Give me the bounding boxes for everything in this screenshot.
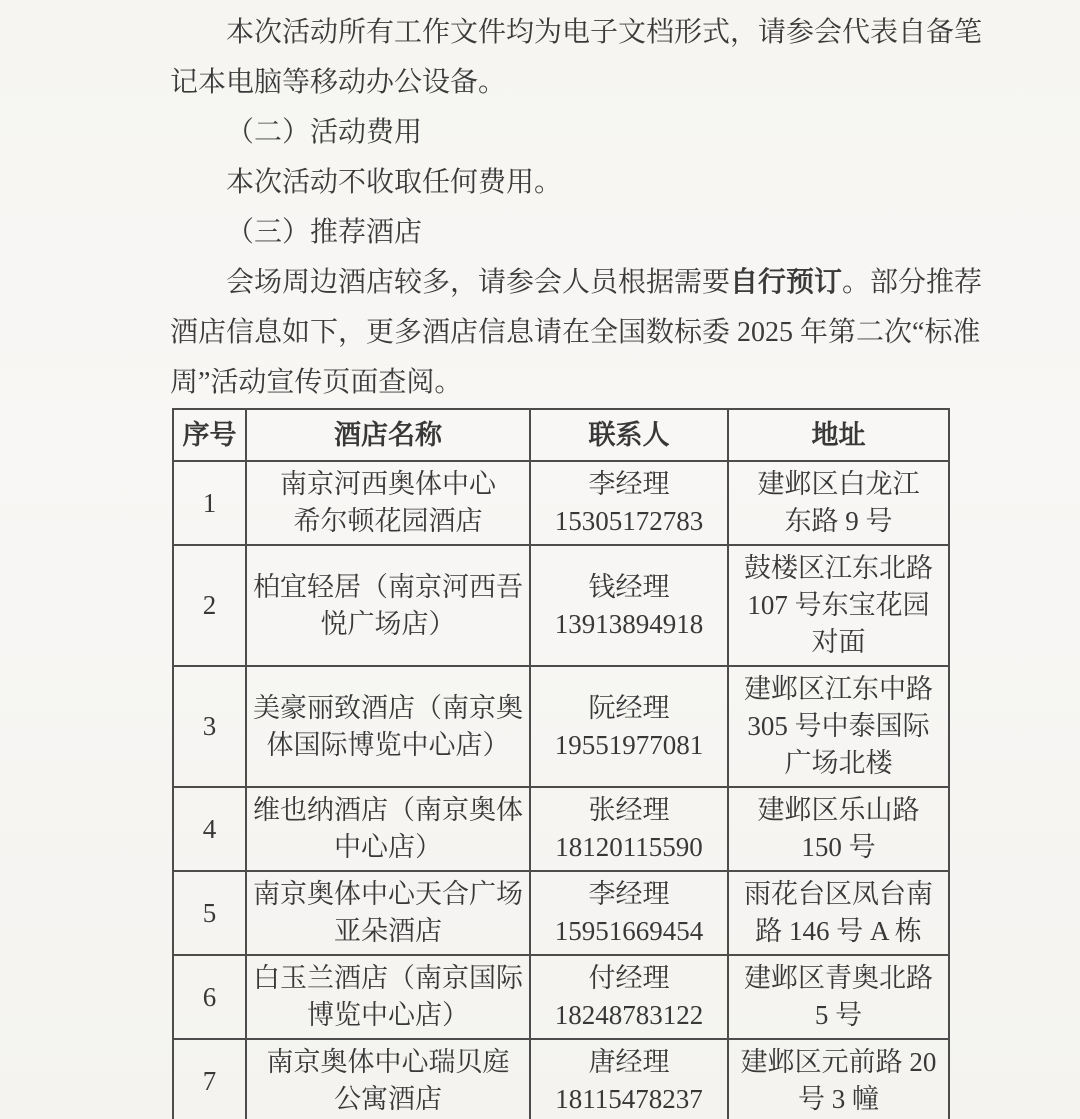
section-heading-hotels: （三）推荐酒店 (170, 208, 940, 258)
text-line: 建邺区乐山路 (733, 792, 944, 829)
text-line: 白玉兰酒店（南京国际 (251, 960, 525, 997)
document-page: 本次活动所有工作文件均为电子文档形式，请参会代表自备笔 记本电脑等移动办公设备。… (0, 0, 1080, 1119)
address-cell: 建邺区青奥北路 5 号 (728, 955, 949, 1039)
text-line: 美豪丽致酒店（南京奥 (251, 690, 525, 727)
paragraph-line: 记本电脑等移动办公设备。 (170, 58, 940, 108)
hotel-name-cell: 美豪丽致酒店（南京奥 体国际博览中心店） (246, 666, 530, 787)
contact-phone: 19551977081 (535, 727, 723, 764)
paragraph-line: 酒店信息如下，更多酒店信息请在全国数标委 2025 年第二次“标准 (170, 308, 940, 358)
row-number-cell: 2 (173, 545, 246, 666)
section-heading-fees: （二）活动费用 (170, 108, 940, 158)
hotel-name-cell: 南京奥体中心天合广场 亚朵酒店 (246, 871, 530, 955)
text-line: 维也纳酒店（南京奥体 (251, 792, 525, 829)
text-line: 南京河西奥体中心 (251, 466, 525, 503)
text-line: 鼓楼区江东北路 (733, 550, 944, 587)
contact-person: 钱经理 (535, 569, 723, 606)
row-number-cell: 5 (173, 871, 246, 955)
text-line: 5 号 (733, 997, 944, 1034)
text-line: 柏宜轻居（南京河西吾 (251, 569, 525, 606)
text-line: 路 146 号 A 栋 (733, 913, 944, 950)
text-line: 南京奥体中心天合广场 (251, 876, 525, 913)
row-number-cell: 7 (173, 1039, 246, 1119)
contact-cell: 李经理 15951669454 (530, 871, 728, 955)
hotel-name-cell: 白玉兰酒店（南京国际 博览中心店） (246, 955, 530, 1039)
contact-phone: 18120115590 (535, 829, 723, 866)
contact-cell: 钱经理 13913894918 (530, 545, 728, 666)
table-row: 3 美豪丽致酒店（南京奥 体国际博览中心店） 阮经理 19551977081 建… (173, 666, 949, 787)
row-number-cell: 4 (173, 787, 246, 871)
table-row: 7 南京奥体中心瑞贝庭 公寓酒店 唐经理 18115478237 建邺区元前路 … (173, 1039, 949, 1119)
hotel-name-cell: 维也纳酒店（南京奥体 中心店） (246, 787, 530, 871)
table-row: 1 南京河西奥体中心 希尔顿花园酒店 李经理 15305172783 建邺区白龙… (173, 461, 949, 545)
hotel-name-cell: 柏宜轻居（南京河西吾 悦广场店） (246, 545, 530, 666)
paragraph-line: 会场周边酒店较多，请参会人员根据需要自行预订。部分推荐 (170, 258, 940, 308)
contact-person: 阮经理 (535, 690, 723, 727)
text-run: 。部分推荐 (842, 267, 982, 298)
contact-phone: 18115478237 (535, 1081, 723, 1118)
contact-cell: 付经理 18248783122 (530, 955, 728, 1039)
hotel-name-cell: 南京河西奥体中心 希尔顿花园酒店 (246, 461, 530, 545)
text-line: 305 号中泰国际 (733, 708, 944, 745)
paragraph-line: 周”活动宣传页面查阅。 (170, 358, 940, 408)
contact-cell: 李经理 15305172783 (530, 461, 728, 545)
row-number-cell: 6 (173, 955, 246, 1039)
text-line: 建邺区白龙江 (733, 466, 944, 503)
address-cell: 鼓楼区江东北路 107 号东宝花园 对面 (728, 545, 949, 666)
bold-text-run: 自行预订 (730, 267, 842, 298)
address-cell: 建邺区白龙江 东路 9 号 (728, 461, 949, 545)
text-line: 对面 (733, 624, 944, 661)
paragraph-line: 本次活动不收取任何费用。 (170, 158, 940, 208)
address-cell: 雨花台区凤台南 路 146 号 A 栋 (728, 871, 949, 955)
address-cell: 建邺区乐山路 150 号 (728, 787, 949, 871)
text-line: 建邺区元前路 20 (733, 1044, 944, 1081)
contact-person: 李经理 (535, 466, 723, 503)
address-cell: 建邺区江东中路 305 号中泰国际 广场北楼 (728, 666, 949, 787)
table-row: 6 白玉兰酒店（南京国际 博览中心店） 付经理 18248783122 建邺区青… (173, 955, 949, 1039)
text-line: 亚朵酒店 (251, 913, 525, 950)
text-line: 东路 9 号 (733, 503, 944, 540)
header-cell-address: 地址 (728, 409, 949, 461)
text-line: 南京奥体中心瑞贝庭 (251, 1044, 525, 1081)
text-run: 会场周边酒店较多，请参会人员根据需要 (226, 267, 730, 298)
text-line: 建邺区青奥北路 (733, 960, 944, 997)
contact-cell: 唐经理 18115478237 (530, 1039, 728, 1119)
text-line: 雨花台区凤台南 (733, 876, 944, 913)
row-number-cell: 3 (173, 666, 246, 787)
contact-phone: 15305172783 (535, 503, 723, 540)
contact-cell: 阮经理 19551977081 (530, 666, 728, 787)
text-line: 号 3 幢 (733, 1081, 944, 1118)
text-line: 150 号 (733, 829, 944, 866)
table-row: 5 南京奥体中心天合广场 亚朵酒店 李经理 15951669454 雨花台区凤台… (173, 871, 949, 955)
text-line: 公寓酒店 (251, 1081, 525, 1118)
header-cell-number: 序号 (173, 409, 246, 461)
text-line: 中心店） (251, 829, 525, 866)
table-header-row: 序号 酒店名称 联系人 地址 (173, 409, 949, 461)
hotels-table: 序号 酒店名称 联系人 地址 1 南京河西奥体中心 希尔顿花园酒店 李经理 15… (172, 408, 950, 1119)
table-row: 2 柏宜轻居（南京河西吾 悦广场店） 钱经理 13913894918 鼓楼区江东… (173, 545, 949, 666)
contact-phone: 15951669454 (535, 913, 723, 950)
paragraph-line: 本次活动所有工作文件均为电子文档形式，请参会代表自备笔 (170, 8, 940, 58)
text-line: 体国际博览中心店） (251, 727, 525, 764)
contact-phone: 13913894918 (535, 606, 723, 643)
contact-person: 张经理 (535, 792, 723, 829)
body-text: 本次活动所有工作文件均为电子文档形式，请参会代表自备笔 记本电脑等移动办公设备。… (170, 8, 940, 408)
contact-cell: 张经理 18120115590 (530, 787, 728, 871)
contact-person: 李经理 (535, 876, 723, 913)
text-line: 悦广场店） (251, 606, 525, 643)
hotel-name-cell: 南京奥体中心瑞贝庭 公寓酒店 (246, 1039, 530, 1119)
address-cell: 建邺区元前路 20 号 3 幢 (728, 1039, 949, 1119)
contact-phone: 18248783122 (535, 997, 723, 1034)
row-number-cell: 1 (173, 461, 246, 545)
table-row: 4 维也纳酒店（南京奥体 中心店） 张经理 18120115590 建邺区乐山路… (173, 787, 949, 871)
header-cell-hotel-name: 酒店名称 (246, 409, 530, 461)
text-line: 广场北楼 (733, 745, 944, 782)
header-cell-contact: 联系人 (530, 409, 728, 461)
text-line: 107 号东宝花园 (733, 587, 944, 624)
contact-person: 付经理 (535, 960, 723, 997)
text-line: 建邺区江东中路 (733, 671, 944, 708)
text-line: 希尔顿花园酒店 (251, 503, 525, 540)
text-line: 博览中心店） (251, 997, 525, 1034)
contact-person: 唐经理 (535, 1044, 723, 1081)
